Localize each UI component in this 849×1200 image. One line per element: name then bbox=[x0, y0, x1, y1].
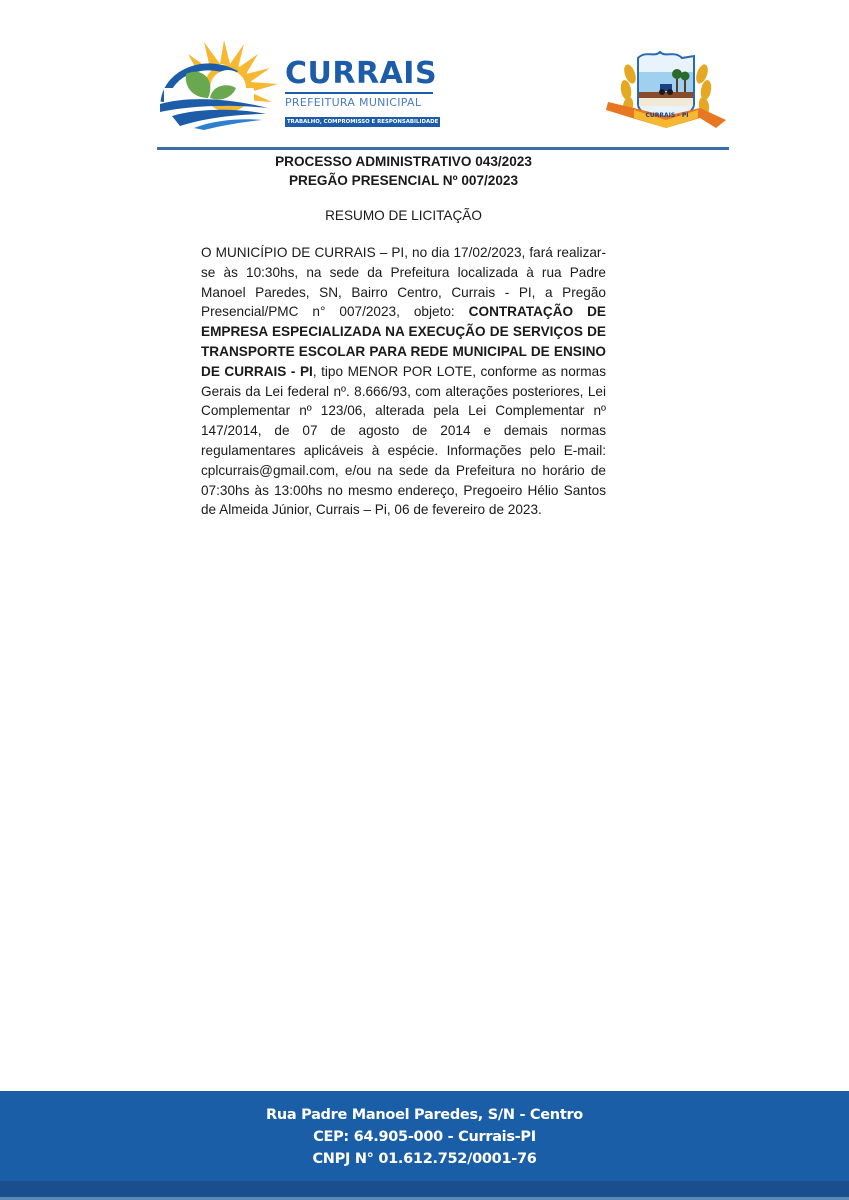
brand-name: CURRAIS bbox=[285, 58, 435, 90]
paragraph-details: , tipo MENOR POR LOTE, conforme as norma… bbox=[201, 364, 606, 518]
brand-divider bbox=[285, 92, 433, 94]
coat-of-arms-icon bbox=[604, 44, 730, 136]
prefeitura-logo: CURRAIS PREFEITURA MUNICIPAL TRABALHO, C… bbox=[158, 40, 438, 128]
brand-tagline: TRABALHO, COMPROMISSO E RESPONSABILIDADE bbox=[285, 117, 440, 127]
footer-address: Rua Padre Manoel Paredes, S/N - Centro bbox=[0, 1104, 849, 1126]
municipal-crest: CURRAIS - PI bbox=[604, 44, 730, 136]
sun-leaf-emblem-icon bbox=[158, 40, 283, 130]
footer-cnpj: CNPJ N° 01.612.752/0001-76 bbox=[0, 1148, 849, 1170]
footer-cep: CEP: 64.905-000 - Currais-PI bbox=[0, 1126, 849, 1148]
process-title: PROCESSO ADMINISTRATIVO 043/2023 bbox=[201, 152, 606, 171]
document-subtitle: RESUMO DE LICITAÇÃO bbox=[201, 206, 606, 225]
brand-subtitle: PREFEITURA MUNICIPAL bbox=[285, 96, 435, 110]
brand-text-block: CURRAIS PREFEITURA MUNICIPAL TRABALHO, C… bbox=[285, 58, 435, 128]
bid-summary-paragraph: O MUNICÍPIO DE CURRAIS – PI, no dia 17/0… bbox=[201, 243, 606, 520]
footer-contact: Rua Padre Manoel Paredes, S/N - Centro C… bbox=[0, 1104, 849, 1170]
pregao-title: PREGÃO PRESENCIAL Nº 007/2023 bbox=[201, 171, 606, 190]
document-body: PROCESSO ADMINISTRATIVO 043/2023 PREGÃO … bbox=[201, 152, 606, 520]
header-divider bbox=[157, 147, 729, 150]
crest-label: CURRAIS - PI bbox=[644, 112, 690, 119]
